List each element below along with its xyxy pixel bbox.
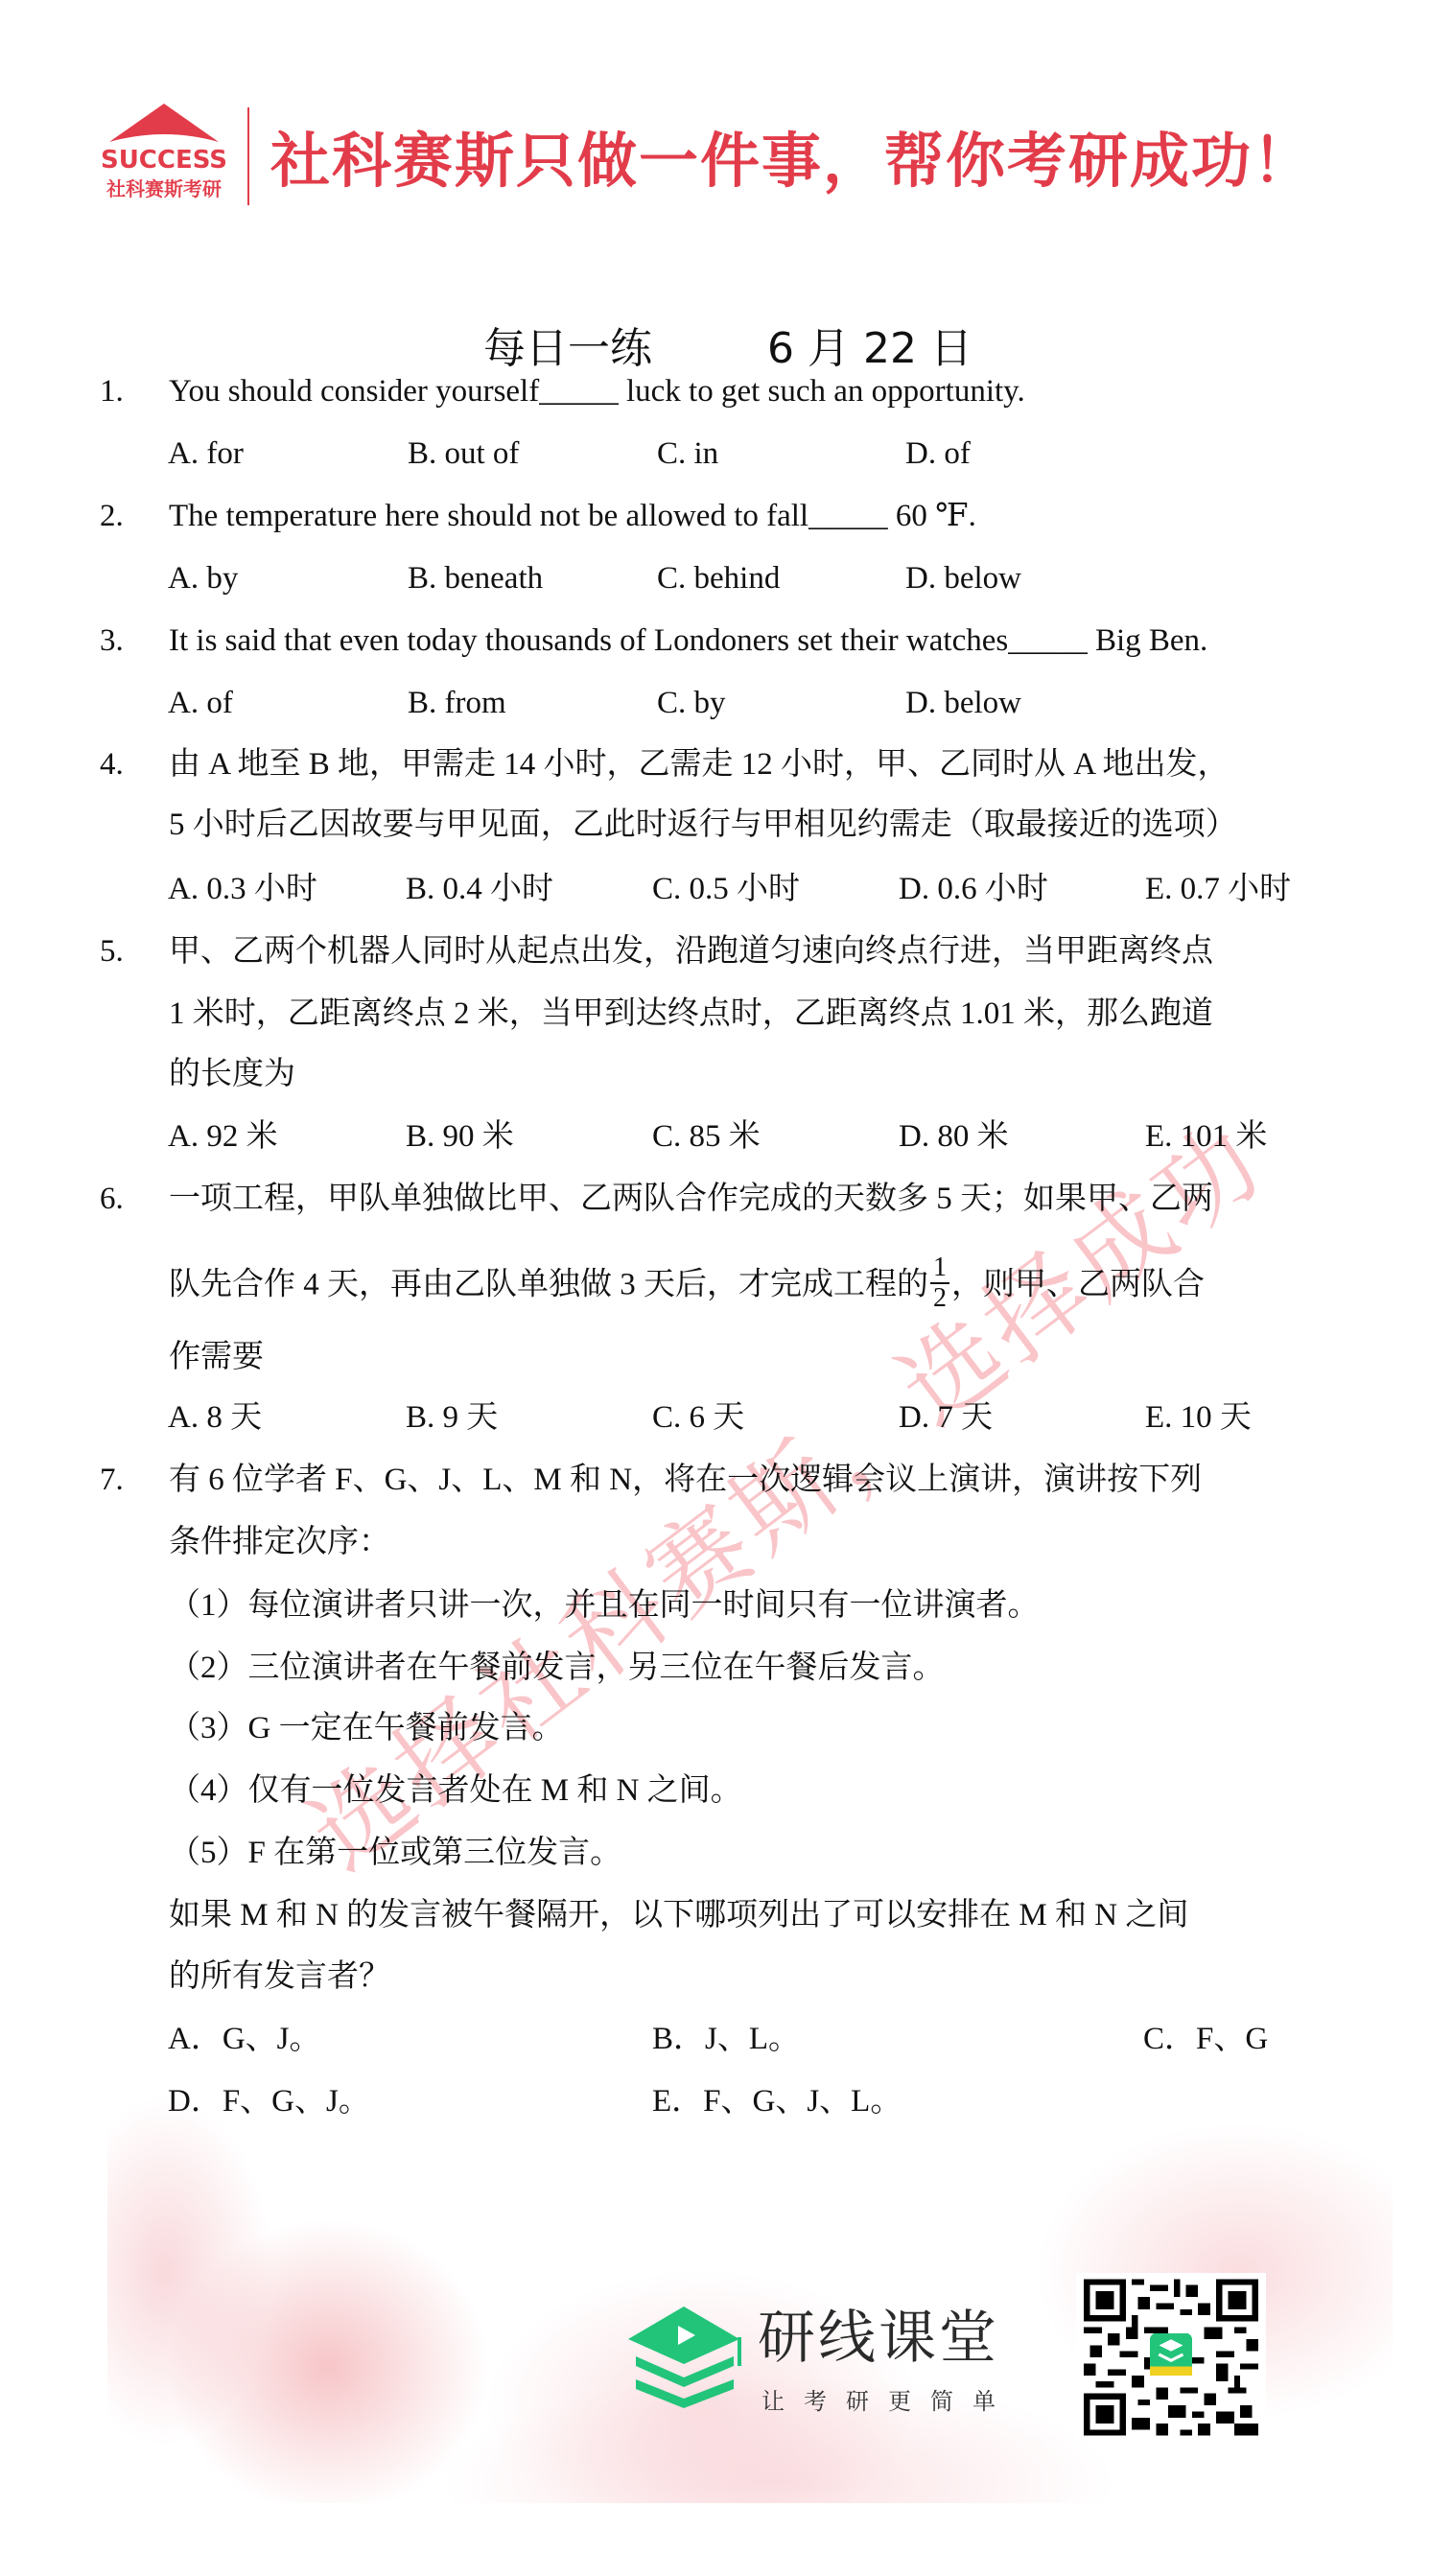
logo-text-en: SUCCESS <box>96 146 232 175</box>
question-text-line-3: 的长度为 <box>169 1053 295 1095</box>
question-number: 4. <box>100 743 124 785</box>
question-number: 2. <box>100 495 124 537</box>
question-text-line-2: 5 小时后乙因故要与甲见面，乙此时返行与甲相见约需走（取最接近的选项） <box>169 804 1237 846</box>
question-text-line-1: 甲、乙两个机器人同时从起点出发，沿跑道匀速向终点行进，当甲距离终点 <box>169 930 1213 972</box>
header-divider <box>247 107 249 205</box>
option-d[interactable]: D. below <box>905 682 1021 724</box>
title-date: 6 月 22 日 <box>767 324 972 373</box>
question-number: 7. <box>100 1459 124 1501</box>
question-number: 3. <box>100 620 124 662</box>
condition-3: （3）G 一定在午餐前发言。 <box>169 1707 564 1749</box>
question-text-line-2: 条件排定次序： <box>169 1521 390 1563</box>
logo-text-cn: 社科赛斯考研 <box>96 176 232 201</box>
question-number: 6. <box>100 1178 124 1220</box>
option-e[interactable]: E. 101 米 <box>1145 1115 1267 1158</box>
option-d[interactable]: D. 0.6 小时 <box>899 868 1048 910</box>
option-a[interactable]: A. of <box>168 682 233 724</box>
option-c[interactable]: C. 85 米 <box>652 1115 761 1158</box>
option-c[interactable]: C. in <box>657 433 718 475</box>
option-b[interactable]: B．J、L。 <box>652 2018 800 2060</box>
option-b[interactable]: B. beneath <box>408 557 543 599</box>
condition-5: （5）F 在第一位或第三位发言。 <box>169 1832 621 1874</box>
option-a[interactable]: A. by <box>168 557 238 599</box>
option-b[interactable]: B. out of <box>408 433 519 475</box>
option-b[interactable]: B. 90 米 <box>406 1115 514 1158</box>
brand-name: 研线课堂 <box>758 2302 999 2375</box>
fraction-numerator: 1 <box>930 1253 949 1284</box>
option-d[interactable]: D. of <box>905 433 971 475</box>
option-c[interactable]: C. 6 天 <box>652 1396 744 1439</box>
option-c[interactable]: C. 0.5 小时 <box>652 868 800 910</box>
graduation-books-icon <box>628 2307 747 2408</box>
option-b[interactable]: B. 0.4 小时 <box>406 868 553 910</box>
option-d[interactable]: D. 7 天 <box>899 1396 993 1439</box>
question-number: 5. <box>100 930 124 972</box>
line-2-head: 队先合作 4 天，再由乙队单独做 3 天后，才完成工程的 <box>169 1268 928 1302</box>
question-text-line-1: 有 6 位学者 F、G、J、L、M 和 N，将在一次逻辑会议上演讲，演讲按下列 <box>169 1459 1202 1501</box>
header-slogan: 社科赛斯只做一件事，帮你考研成功！ <box>270 123 1314 199</box>
option-a[interactable]: A. 0.3 小时 <box>168 868 317 910</box>
question-text-line-3: 作需要 <box>169 1336 264 1378</box>
option-b[interactable]: B. 9 天 <box>406 1396 498 1439</box>
option-a[interactable]: A. 8 天 <box>168 1396 262 1439</box>
question-text-line-2: 1 米时，乙距离终点 2 米，当甲到达终点时，乙距离终点 1.01 米，那么跑道 <box>169 993 1213 1035</box>
qr-code-icon <box>1084 2279 1258 2436</box>
option-c[interactable]: C. behind <box>657 557 780 599</box>
condition-1: （1）每位演讲者只讲一次，并且在同一时间只有一位讲演者。 <box>169 1584 1040 1627</box>
option-d[interactable]: D. below <box>905 557 1021 599</box>
condition-2: （2）三位演讲者在午餐前发言，另三位在午餐后发言。 <box>169 1647 945 1689</box>
condition-4: （4）仅有一位发言者处在 M 和 N 之间。 <box>169 1769 742 1812</box>
line-2-tail: ，则甲、乙两队合 <box>951 1268 1205 1302</box>
question-text: The temperature here should not be allow… <box>169 495 976 537</box>
fraction-denominator: 2 <box>930 1284 949 1313</box>
fraction-one-half: 12 <box>930 1253 949 1313</box>
option-a[interactable]: A．G、J。 <box>168 2018 321 2060</box>
question-text-line-1: 一项工程，甲队单独做比甲、乙两队合作完成的天数多 5 天；如果甲、乙两 <box>169 1178 1213 1220</box>
question-text: You should consider yourself_____ luck t… <box>169 370 1025 412</box>
success-logo: SUCCESS 社科赛斯考研 <box>96 104 232 209</box>
question-text-line-1: 由 A 地至 B 地，甲需走 14 小时，乙需走 12 小时，甲、乙同时从 A … <box>169 743 1230 785</box>
option-a[interactable]: A. 92 米 <box>168 1115 278 1158</box>
qr-code[interactable] <box>1076 2273 1266 2442</box>
brand-tagline: 让考研更简单 <box>761 2386 1015 2417</box>
page-title: 每日一练6 月 22 日 <box>0 269 1429 376</box>
option-c[interactable]: C. by <box>657 682 726 724</box>
question-text-line-2: 队先合作 4 天，再由乙队单独做 3 天后，才完成工程的12，则甲、乙两队合 <box>169 1257 1205 1317</box>
option-e[interactable]: E. 0.7 小时 <box>1145 868 1291 910</box>
option-e[interactable]: E. 10 天 <box>1145 1396 1252 1439</box>
question-number: 1. <box>100 370 124 412</box>
prompt-line-2: 的所有发言者？ <box>169 1955 390 1998</box>
option-a[interactable]: A. for <box>168 433 244 475</box>
prompt-line-1: 如果 M 和 N 的发言被午餐隔开，以下哪项列出了可以安排在 M 和 N 之间 <box>169 1894 1188 1936</box>
question-text: It is said that even today thousands of … <box>169 620 1207 662</box>
title-label: 每日一练 <box>483 324 652 373</box>
option-d[interactable]: D. 80 米 <box>899 1115 1009 1158</box>
roof-logo-icon <box>109 104 219 146</box>
option-b[interactable]: B. from <box>408 682 506 724</box>
option-c[interactable]: C．F、G <box>1143 2018 1268 2060</box>
